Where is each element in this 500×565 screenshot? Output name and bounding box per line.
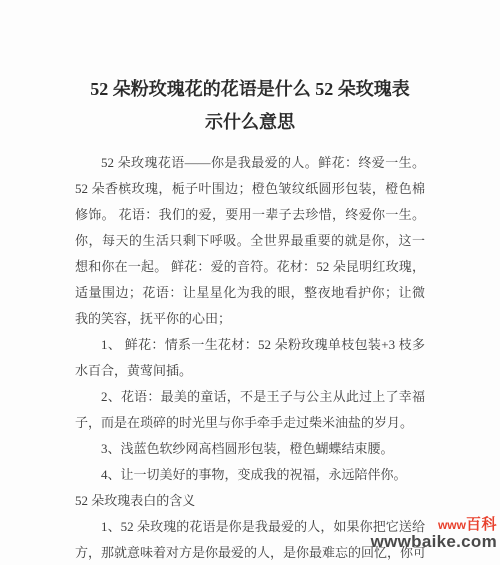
document-page: 52 朵粉玫瑰花的花语是什么 52 朵玫瑰表 示什么意思 52 朵玫瑰花语——你… xyxy=(0,0,500,565)
watermark-domain: wwwbaike.com xyxy=(371,533,497,550)
list-item-line: 3、浅蓝色软纱网高档圆形包装，橙色蝴蝶结束腰。 xyxy=(75,436,425,462)
text-line: 你，每天的生活只剩下呼吸。全世界最重要的就是你，这一生我只 xyxy=(75,228,425,254)
text-line: 水百合，黄莺间插。 xyxy=(75,358,425,384)
text-line: 想和你在一起。 鲜花：爱的音符。花材：52 朵昆明红玫瑰，黄莺 xyxy=(75,254,425,280)
section-heading: 52 朵玫瑰表白的含义 xyxy=(75,488,425,514)
baike-logo: www百科 xyxy=(371,517,497,533)
text-line: 适量围边；花语：让星星化为我的眼，整夜地看护你；让微风吹进 xyxy=(75,280,425,306)
text-line: 子，而是在琐碎的时光里与你手牵手走过柴米油盐的岁月。 xyxy=(75,410,425,436)
baike-logo-text: 百科 xyxy=(466,516,497,533)
watermark: www百科 wwwbaike.com xyxy=(371,517,497,550)
page-title-line-2: 示什么意思 xyxy=(205,112,295,132)
text-line: 52 朵香槟玫瑰，栀子叶围边；橙色皱纹纸圆形包装，橙色棉纸腰上 xyxy=(75,176,425,202)
text-line: 修饰。 花语：我们的爱，要用一辈子去珍惜，终爱你一生。没有 xyxy=(75,202,425,228)
list-item-line: 1、 鲜花：情系一生花材：52 朵粉玫瑰单枝包装+3 枝多头白香 xyxy=(75,332,425,358)
page-title-line-1: 52 朵粉玫瑰花的花语是什么 52 朵玫瑰表 xyxy=(90,79,410,99)
list-item-line: 4、让一切美好的事物，变成我的祝福，永远陪伴你。 xyxy=(75,462,425,488)
article-body: 52 朵玫瑰花语——你是我最爱的人。鲜花：终爱一生。花材： 52 朵香槟玫瑰，栀… xyxy=(75,150,425,565)
page-title: 52 朵粉玫瑰花的花语是什么 52 朵玫瑰表 示什么意思 xyxy=(40,73,460,139)
baike-logo-www: www xyxy=(438,518,466,532)
list-item-line: 2、花语：最美的童话，不是王子与公主从此过上了幸福的日 xyxy=(75,384,425,410)
text-line: 52 朵玫瑰花语——你是我最爱的人。鲜花：终爱一生。花材： xyxy=(75,150,425,176)
text-line: 我的笑容，抚平你的心田； xyxy=(75,306,425,332)
